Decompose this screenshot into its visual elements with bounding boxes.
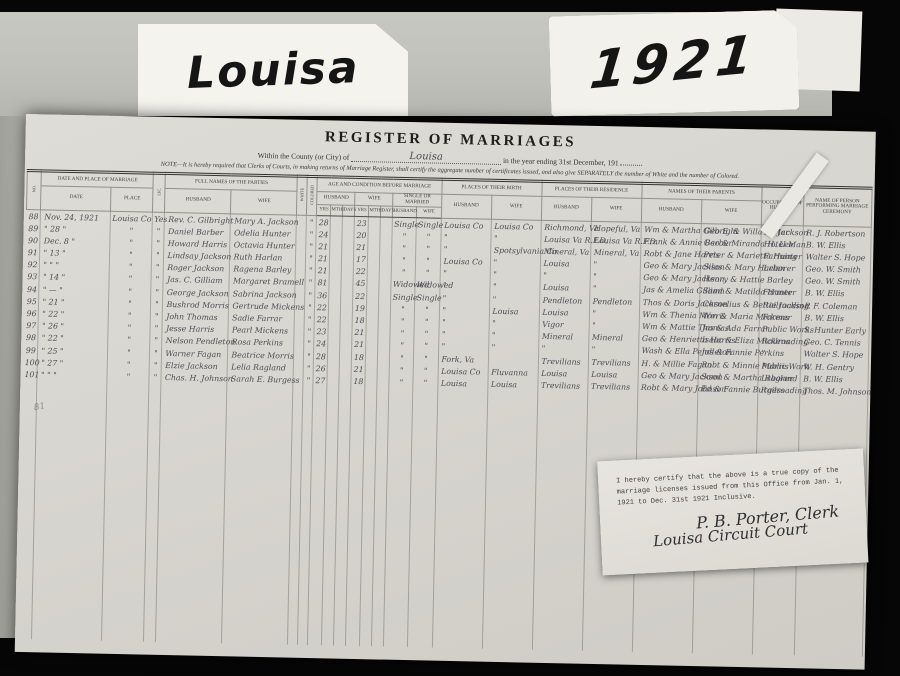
register-sheet: REGISTER OF MARRIAGES Within the County … [15, 114, 876, 670]
cell-h_yrs: 28 [317, 216, 331, 229]
cell-cond_h: " [392, 254, 416, 267]
cell-cond_w: " [414, 352, 438, 365]
col-header-wife-name: Wife [231, 190, 297, 215]
cell-birth_w [488, 354, 538, 367]
cell-w_yrs: 17 [354, 253, 368, 265]
col-header-husband-name: Husband [165, 188, 231, 213]
cell-cond_h: " [390, 364, 414, 377]
cell-w_yrs: 22 [354, 266, 368, 278]
cell-res_h: Louisa [538, 367, 588, 380]
cell-lic: " [151, 274, 163, 286]
cell-res_w: Trevilians [587, 380, 637, 393]
cell-birth_h: Louisa Co [441, 218, 491, 232]
cell-birth_h: Louisa Co [440, 255, 490, 268]
cell-cond_w: " [414, 364, 438, 377]
cell-h_yrs: 24 [316, 228, 330, 240]
col-header-h-days: Days [343, 205, 355, 216]
cell-colored: " [305, 277, 315, 289]
cell-birth_w: Spotsylvania Co [490, 244, 540, 257]
cell-res_h: " [540, 269, 590, 282]
cell-occ: Hotel Man [760, 238, 802, 251]
cell-res_w: Louisa Va R.F.D. [590, 234, 640, 247]
cell-lic: " [152, 225, 164, 237]
cell-birth_w: " [490, 268, 540, 281]
cell-cond_w: " [416, 267, 440, 280]
cell-birth_h: " [439, 316, 489, 329]
cell-birth_w: " [489, 293, 539, 306]
cell-h_yrs: 28 [314, 350, 328, 362]
cell-w_days [380, 266, 392, 278]
cell-place: " [110, 260, 152, 273]
cell-h_days [340, 326, 352, 338]
cell-occ: Farming [760, 250, 802, 263]
col-header-performer: Name of Person Performing Marriage Cerem… [803, 187, 872, 227]
cell-w_days [378, 364, 390, 376]
cell-birth_h: " [440, 231, 490, 244]
cell-colored: " [306, 265, 316, 277]
cell-h_days [342, 241, 354, 253]
cell-h_mths [331, 216, 343, 229]
cell-birth_w: " [489, 281, 539, 294]
col-header-res-wife: Wife [591, 197, 642, 222]
cell-occ: Railroading [758, 335, 800, 348]
cell-colored: " [305, 301, 315, 313]
cell-cond_h: Single [391, 291, 415, 304]
cell-no: 90 [26, 234, 40, 246]
cell-h_days [340, 363, 352, 375]
certificate-note: I hereby certify that the above is a tru… [597, 448, 868, 575]
cell-h_days [340, 338, 352, 350]
cell-h_days [342, 265, 354, 277]
cell-w_days [380, 254, 392, 266]
col-header-parents-husband: Husband [641, 198, 701, 223]
cell-cond_h: Widowed [391, 279, 415, 292]
cell-cond_h: Single [393, 217, 417, 230]
cell-birth_w: " [490, 232, 540, 245]
collection-label-card: Louisa [138, 24, 408, 116]
cell-res_w: " [588, 344, 638, 357]
cell-res_h: Pendleton [539, 294, 589, 307]
cell-w_mths [365, 376, 377, 388]
cell-place: " [110, 236, 152, 249]
cell-res_h: Louisa Va R.F.D. [540, 233, 590, 246]
cell-w_yrs: 23 [355, 216, 369, 229]
cell-w_mths [368, 266, 380, 278]
cell-white [294, 350, 304, 362]
cell-h_days [340, 351, 352, 363]
cell-cond_h: " [392, 266, 416, 279]
cell-no: 93 [25, 271, 39, 283]
cell-colored: " [306, 240, 316, 252]
col-header-place: Place [111, 187, 153, 212]
cell-h_mths [329, 302, 341, 314]
cell-res_w: " [589, 283, 639, 296]
cell-res_h: Louisa [540, 257, 590, 270]
cell-h_mths [330, 253, 342, 265]
cell-w_yrs: 18 [353, 314, 367, 326]
cell-h_days [343, 216, 355, 229]
cell-w_mths [366, 363, 378, 375]
county-line-suffix: in the year ending 31st December, 191 [503, 156, 619, 167]
cell-res_w: Mineral [588, 331, 638, 344]
col-header-w-days: Days [381, 206, 393, 217]
cell-colored: " [305, 289, 315, 301]
cell-h_mths [330, 265, 342, 277]
cell-birth_h: Louisa [437, 377, 487, 390]
cell-place: " [110, 248, 152, 261]
col-header-h-mths: Mths [331, 205, 343, 216]
cell-cond_h: " [389, 376, 413, 389]
col-header-w-yrs: Yrs [355, 205, 369, 216]
cell-h_yrs: 21 [316, 240, 330, 252]
cell-no: 95 [25, 295, 39, 307]
cell-w_days [380, 242, 392, 254]
col-header-age-husband: Husband [317, 192, 355, 206]
cell-res_w: " [590, 258, 640, 271]
cell-h_yrs: 22 [315, 314, 329, 326]
cell-w_mths [366, 351, 378, 363]
cell-no: 91 [26, 247, 40, 259]
cell-w_days [380, 230, 392, 242]
cell-h_yrs: 27 [313, 374, 327, 386]
cell-lic: " [151, 298, 163, 310]
county-blank: Louisa [351, 150, 501, 165]
cell-cond_w: " [416, 243, 440, 256]
cell-occ: Railroading [757, 384, 799, 397]
cell-cond_w: " [416, 230, 440, 243]
cell-w_yrs: 21 [352, 363, 366, 375]
cell-w_mths [367, 278, 379, 290]
cell-w_yrs: 18 [351, 375, 365, 387]
cell-white [294, 362, 304, 374]
cell-h_mths [328, 326, 340, 338]
cell-cond_w: " [413, 377, 437, 390]
cell-colored: " [304, 362, 314, 374]
cell-cond_h: " [392, 242, 416, 255]
cell-place: " [109, 285, 151, 298]
cell-place: " [108, 346, 150, 359]
cell-cond_w: " [414, 328, 438, 341]
cell-white [296, 228, 306, 240]
cell-h_days [341, 314, 353, 326]
cell-occ: Public Work [758, 359, 800, 372]
cell-w_days [379, 315, 391, 327]
col-header-date: Date [41, 186, 111, 211]
cell-white [295, 313, 305, 325]
cell-w_yrs: 21 [354, 241, 368, 253]
cell-h_yrs: 21 [316, 253, 330, 265]
cell-cond_w: " [414, 340, 438, 353]
cell-h_yrs: 26 [314, 362, 328, 374]
cell-h_mths [329, 289, 341, 301]
cell-cond_w: " [416, 255, 440, 268]
cell-res_w: Louisa [588, 368, 638, 381]
cell-w_yrs: 21 [352, 327, 366, 339]
cell-place: " [109, 309, 151, 322]
cell-cond_h: " [390, 339, 414, 352]
cell-birth_w: " [488, 329, 538, 342]
cell-w_mths [368, 254, 380, 266]
col-header-birth-wife: Wife [491, 195, 542, 220]
cell-no: 99 [24, 344, 38, 356]
cell-h_mths [328, 350, 340, 362]
year-label-card: 1921 [549, 10, 800, 117]
cell-cond_w: " [415, 316, 439, 329]
cell-white [296, 240, 306, 252]
pencil-margin-note: 81 [33, 401, 46, 413]
cell-cond_w: Single [415, 291, 439, 304]
cell-w_yrs: 45 [353, 278, 367, 290]
cell-w_days [378, 339, 390, 351]
cell-h_days [342, 253, 354, 265]
county-handwritten-value: Louisa [409, 151, 443, 163]
cell-res_h: Trevilians [537, 379, 587, 392]
cell-h_yrs: 23 [314, 326, 328, 338]
cell-lic: " [151, 286, 163, 298]
cell-colored: " [307, 215, 317, 228]
county-line-prefix: Within the County (or City) of [258, 151, 350, 162]
cell-no: 96 [25, 307, 39, 319]
cell-w_yrs: 20 [354, 229, 368, 241]
col-header-cond-husband: Husband [393, 206, 417, 218]
col-header-h-yrs: Yrs [317, 205, 331, 216]
cell-lic: " [152, 261, 164, 273]
cell-birth_h: Louisa Co [438, 365, 488, 378]
cell-res_w: Hopeful, Va [591, 221, 641, 235]
cell-w_mths [367, 290, 379, 302]
cell-lic: " [150, 347, 162, 359]
cell-w_yrs: 22 [353, 290, 367, 302]
cell-no: 89 [26, 222, 40, 234]
cell-birth_w: Louisa [489, 305, 539, 318]
cell-w_yrs: 19 [353, 302, 367, 314]
cell-res_h: Mineral, Va [540, 245, 590, 258]
cell-res_w: " [589, 307, 639, 320]
cell-res_h: Richmond, Va [541, 220, 591, 234]
cell-w_yrs: 21 [352, 339, 366, 351]
cell-cond_w: Widowed [415, 279, 439, 292]
cell-w_days [381, 217, 393, 230]
cell-res_w: Mineral, Va [590, 246, 640, 259]
cell-res_h: Louisa [539, 306, 589, 319]
cell-place: " [108, 321, 150, 334]
cell-no: 94 [25, 283, 39, 295]
cell-res_w: Pendleton [589, 295, 639, 308]
cell-h_yrs: 22 [315, 301, 329, 313]
cell-white [294, 325, 304, 337]
cell-w_mths [368, 242, 380, 254]
cell-w_days [378, 327, 390, 339]
col-header-parents-wife: Wife [701, 200, 762, 225]
cell-res_h: Vigor [539, 318, 589, 331]
cell-res_h: Louisa [539, 282, 589, 295]
col-header-w-mths: Mths [369, 206, 381, 217]
cell-lic: " [151, 310, 163, 322]
cell-birth_w: Louisa Co [491, 219, 541, 233]
cell-occ: Public Works [759, 323, 801, 336]
cell-res_w: Trevilians [588, 356, 638, 369]
cell-h_mths [330, 241, 342, 253]
cell-lic: " [152, 237, 164, 249]
cell-colored: " [304, 326, 314, 338]
col-header-age-wife: Wife [355, 192, 393, 206]
cell-occ: Laborer [760, 262, 802, 275]
col-header-list-no: No. [27, 171, 42, 210]
cell-place: " [108, 358, 150, 371]
cell-colored: " [306, 252, 316, 264]
cell-birth_h: " [439, 292, 489, 305]
cell-white [294, 337, 304, 349]
cell-no: 97 [24, 320, 38, 332]
cell-h_days [341, 302, 353, 314]
cell-place: " [109, 297, 151, 310]
cell-h_days [341, 290, 353, 302]
cell-place: Louisa Co [111, 211, 153, 225]
cell-birth_h: " [439, 304, 489, 317]
cell-cond_h: " [390, 327, 414, 340]
cell-birth_w: " [489, 317, 539, 330]
cell-birth_h: Fork, Va [438, 353, 488, 366]
cell-birth_w: Fluvanna [488, 366, 538, 379]
col-header-license: Lic. [153, 173, 166, 212]
register-rows: 88Nov. 24, 1921Louisa CoYesRev. C. Gilbr… [18, 209, 871, 656]
cell-colored: " [304, 338, 314, 350]
cell-place: " [110, 224, 152, 237]
col-header-res-husband: Husband [541, 196, 591, 221]
cell-cond_h: " [391, 303, 415, 316]
cell-h_days [341, 278, 353, 290]
col-header-birth-husband: Husband [441, 194, 491, 219]
cell-h_days [339, 375, 351, 387]
cell-w_mths [367, 315, 379, 327]
cell-place: " [107, 370, 149, 383]
cell-h_mths [329, 314, 341, 326]
cell-res_w: " [590, 271, 640, 284]
cell-cond_h: " [392, 230, 416, 243]
col-header-single-married: Single or Married [393, 193, 441, 207]
cell-par_h: Wm & Martha Gilbright [641, 222, 701, 236]
marriage-register-table: No. Date and Place of Marriage Lic. Full… [17, 169, 872, 656]
cell-birth_h: " [440, 243, 490, 256]
cell-h_mths [330, 229, 342, 241]
cell-colored: " [306, 228, 316, 240]
cell-birth_h: " [440, 267, 490, 280]
collection-label-text: Louisa [186, 42, 360, 99]
col-header-cond-wife: Wife [417, 207, 441, 219]
cell-cond_w: " [415, 303, 439, 316]
cell-no: 88 [27, 209, 41, 222]
cell-h_yrs: 21 [316, 265, 330, 277]
cell-w_days [378, 351, 390, 363]
cell-res_w: " [589, 319, 639, 332]
cell-w_days [379, 303, 391, 315]
cell-no: 92 [26, 259, 40, 271]
cell-occ: Railroading [759, 298, 801, 311]
cell-res_h: " [538, 343, 588, 356]
cell-w_days [379, 291, 391, 303]
cell-no: 100 [24, 356, 38, 368]
cell-occ: Farmer [759, 311, 801, 324]
cell-w_mths [369, 217, 381, 230]
cell-birth_w: " [490, 256, 540, 269]
cell-cond_w: Single [417, 218, 441, 231]
cell-h_days [342, 229, 354, 241]
cell-res_h: Trevilians [538, 355, 588, 368]
year-label-text: 1921 [587, 24, 762, 101]
cell-lic: " [150, 322, 162, 334]
cell-w_yrs: 18 [352, 351, 366, 363]
cell-birth_h: " [438, 340, 488, 353]
cell-h_mths [328, 338, 340, 350]
cell-h_mths [328, 363, 340, 375]
cell-white [296, 264, 306, 276]
cell-no: 101 [23, 368, 37, 380]
cell-lic: " [149, 371, 161, 383]
cell-lic: " [150, 334, 162, 346]
cell-w_mths [366, 327, 378, 339]
cell-h_yrs: 24 [314, 338, 328, 350]
cell-h_mths [327, 375, 339, 387]
cell-w_mths [367, 302, 379, 314]
cell-birth_h: " [438, 328, 488, 341]
cell-w_mths [368, 229, 380, 241]
cell-white [296, 252, 306, 264]
cell-cond_h: " [390, 352, 414, 365]
cell-lic: Yes [153, 212, 165, 225]
year-blank [621, 164, 643, 165]
cell-colored: " [303, 374, 313, 386]
cell-h_mths [329, 277, 341, 289]
cell-colored: " [304, 350, 314, 362]
cell-place: " [109, 273, 151, 286]
cell-colored: " [305, 313, 315, 325]
cell-res_h: Mineral [538, 330, 588, 343]
cell-w_mths [366, 339, 378, 351]
cell-place: " [108, 334, 150, 347]
cell-birth_w: " [488, 342, 538, 355]
cell-w_days [379, 278, 391, 290]
microfilm-scan: Louisa 1921 REGISTER OF MARRIAGES Within… [0, 0, 900, 676]
cell-lic: " [152, 249, 164, 261]
cell-no: 98 [24, 332, 38, 344]
cell-lic: " [150, 359, 162, 371]
cell-h_yrs: 36 [315, 289, 329, 301]
cell-par_w: Geo E. & Willa M. Jackson [701, 224, 761, 238]
cell-h_yrs: 81 [315, 277, 329, 289]
cell-birth_w: Louisa [487, 378, 537, 391]
cell-cond_h: " [391, 315, 415, 328]
cell-w_days [377, 376, 389, 388]
